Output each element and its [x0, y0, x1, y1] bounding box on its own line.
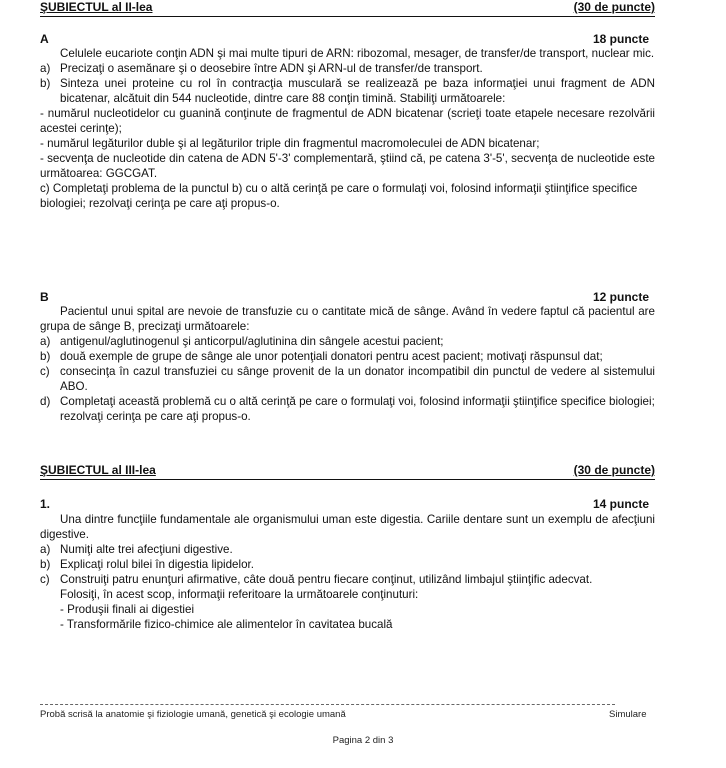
subject-2-points: (30 de puncte): [574, 0, 655, 15]
section-b-item-d: d) Completaţi această problemă cu o altă…: [40, 394, 655, 424]
page-number: Pagina 2 din 3: [0, 733, 726, 748]
question-1-header: 1. 14 puncte: [40, 497, 655, 512]
subject-3-header: ŞUBIECTUL al III-lea (30 de puncte): [40, 463, 655, 480]
item-text: Explicaţi rolul bilei în digestia lipide…: [60, 558, 254, 571]
item-marker: a): [40, 542, 50, 557]
section-b-item-c: c) consecinţa în cazul transfuziei cu sâ…: [40, 364, 655, 394]
item-marker: d): [40, 394, 50, 409]
section-b-item-b: b) două exemple de grupe de sânge ale un…: [40, 349, 655, 364]
question-1-use-text: Folosiţi, în acest scop, informaţii refe…: [40, 587, 655, 602]
question-1-item-c: c) Construiţi patru enunţuri afirmative,…: [40, 572, 655, 587]
section-b-item-a: a) antigenul/aglutinogenul şi anticorpul…: [40, 334, 655, 349]
section-a-item-b: b) Sinteza unei proteine cu rol în contr…: [40, 76, 655, 106]
section-a-points: 18 puncte: [593, 32, 649, 47]
section-a-header: A 18 puncte: [40, 32, 655, 47]
subject-2-title: ŞUBIECTUL al II-lea: [40, 0, 152, 15]
section-a-intro: Celulele eucariote conţin ADN şi mai mul…: [40, 46, 655, 61]
item-marker: c): [40, 572, 50, 587]
section-b-points: 12 puncte: [593, 290, 649, 305]
section-b-label: B: [40, 290, 49, 305]
question-1-content: - Transformările fizico-chimice ale alim…: [40, 617, 655, 632]
item-marker: a): [40, 334, 50, 349]
footer-session: Simulare: [609, 707, 647, 722]
item-text: două exemple de grupe de sânge ale unor …: [60, 350, 603, 363]
section-a-subitem: - numărul nucleotidelor cu guanină conţi…: [40, 106, 655, 136]
question-1-body: Una dintre funcţiile fundamentale ale or…: [40, 512, 655, 632]
item-text: Precizaţi o asemănare şi o deosebire înt…: [60, 62, 483, 75]
section-a-subitem: - numărul legăturilor duble şi al legătu…: [40, 136, 655, 151]
section-b-body: Pacientul unui spital are nevoie de tran…: [40, 304, 655, 424]
section-a-item-c: c) Completaţi problema de la punctul b) …: [40, 181, 655, 211]
item-marker: b): [40, 557, 50, 572]
question-1-points: 14 puncte: [593, 497, 649, 512]
section-a-item-a: a) Precizaţi o asemănare şi o deosebire …: [40, 61, 655, 76]
subject-3-title: ŞUBIECTUL al III-lea: [40, 463, 156, 478]
item-text: Numiţi alte trei afecţiuni digestive.: [60, 543, 233, 556]
subject-2-header: ŞUBIECTUL al II-lea (30 de puncte): [40, 0, 655, 17]
item-text: Construiţi patru enunţuri afirmative, câ…: [60, 573, 592, 586]
section-a-subitem: - secvenţa de nucleotide din catena de A…: [40, 151, 655, 181]
item-marker: b): [40, 76, 50, 91]
footer-divider: [40, 704, 615, 705]
section-b-header: B 12 puncte: [40, 290, 655, 305]
item-marker: b): [40, 349, 50, 364]
question-1-item-a: a) Numiţi alte trei afecţiuni digestive.: [40, 542, 655, 557]
question-1-intro: Una dintre funcţiile fundamentale ale or…: [40, 512, 655, 542]
footer-exam-name: Probă scrisă la anatomie şi fiziologie u…: [40, 707, 346, 722]
item-text: Completaţi această problemă cu o altă ce…: [60, 395, 655, 423]
question-1-label: 1.: [40, 497, 50, 512]
section-b-intro: Pacientul unui spital are nevoie de tran…: [40, 304, 655, 334]
question-1-content: - Produşii finali ai digestiei: [40, 602, 655, 617]
item-text: Sinteza unei proteine cu rol în contracţ…: [60, 77, 655, 105]
section-a-body: Celulele eucariote conţin ADN şi mai mul…: [40, 46, 655, 211]
item-marker: a): [40, 61, 50, 76]
subject-3-points: (30 de puncte): [574, 463, 655, 478]
question-1-item-b: b) Explicaţi rolul bilei în digestia lip…: [40, 557, 655, 572]
section-a-label: A: [40, 32, 49, 47]
item-text: antigenul/aglutinogenul şi anticorpul/ag…: [60, 335, 444, 348]
item-text: consecinţa în cazul transfuziei cu sânge…: [60, 365, 655, 393]
item-marker: c): [40, 364, 50, 379]
